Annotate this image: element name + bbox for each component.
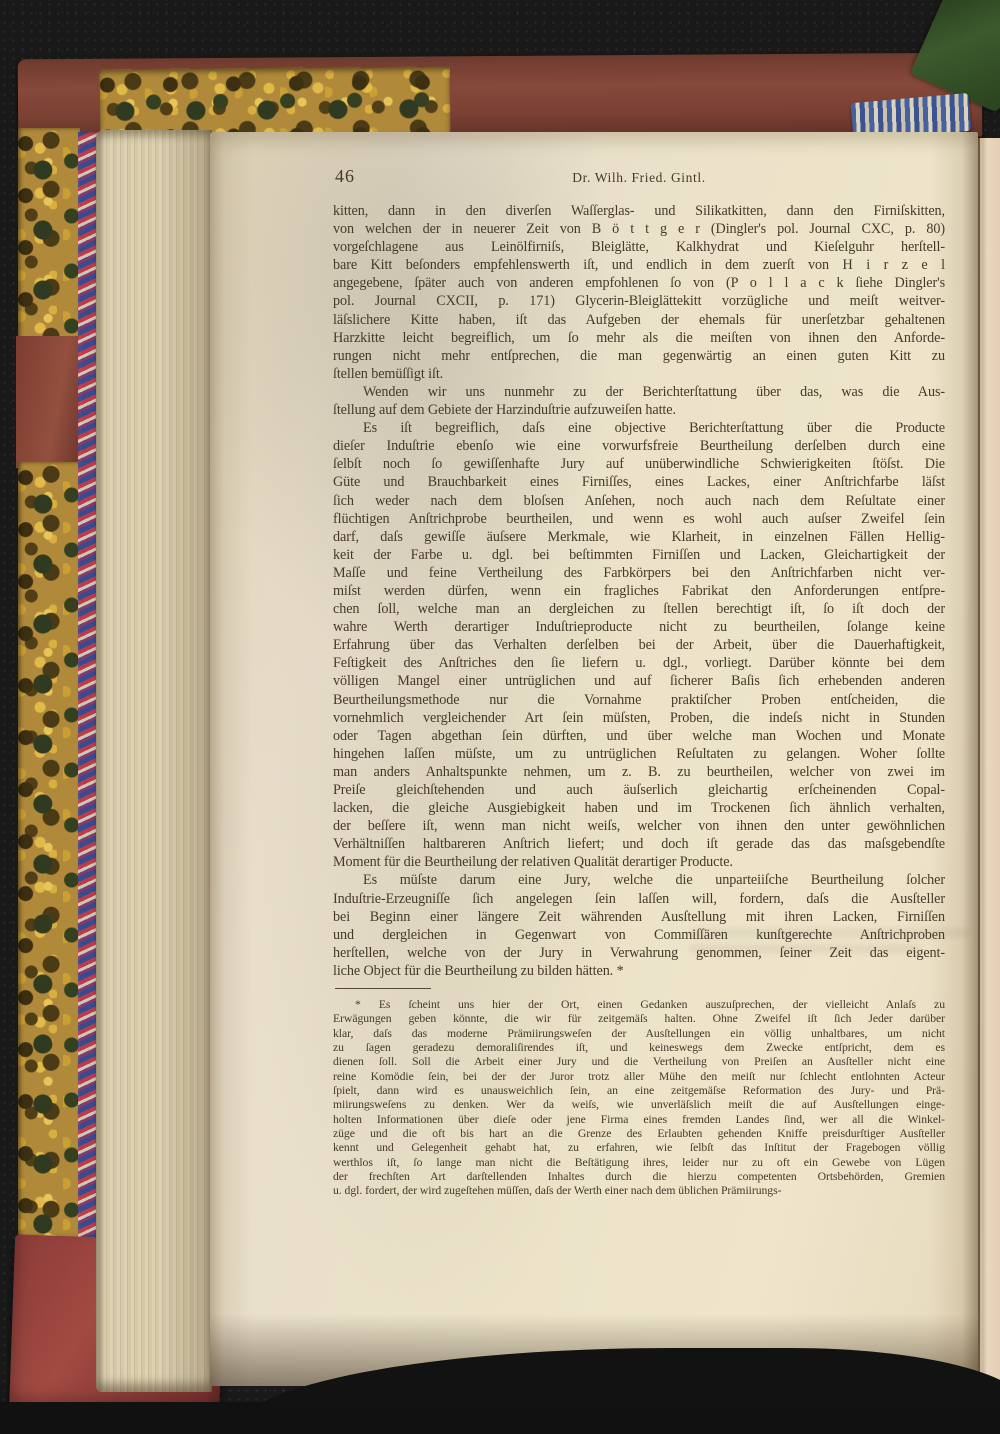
text-line: hingehen laſſen müſste, um zu untrüglich… — [333, 745, 945, 763]
footnote-separator — [335, 988, 431, 989]
text-line: darf, daſs gewiſſe äuſsere Merkmale, wie… — [333, 528, 945, 546]
text-line: chen ſoll, welche man an dergleichen zu … — [333, 600, 945, 618]
paragraph: Es iſt begreiflich, daſs eine objective … — [333, 419, 945, 871]
text-line: dienen ſoll. Soll die Arbeit einer Jury … — [333, 1055, 945, 1069]
text-line: Erfahrung über das Verhalten derſelben b… — [333, 636, 945, 654]
text-line: ſtellung auf dem Gebiete der Harzinduſtr… — [333, 401, 945, 419]
text-line: Erwägungen geben könnte, die wir für zei… — [333, 1012, 945, 1026]
page-number: 46 — [335, 166, 355, 187]
text-line: klar, daſs das moderne Prämiirungsweſen … — [333, 1027, 945, 1041]
running-header: Dr. Wilh. Fried. Gintl. — [572, 170, 705, 186]
text-line: kennt und Gelegenheit gehabt hat, zu erf… — [333, 1141, 945, 1155]
text-line: Harzkitte leicht begreiflich, um ſo mehr… — [333, 329, 945, 347]
text-line: ſtellen bemüſſigt iſt. — [333, 365, 945, 383]
text-line: pol. Journal CXCII, p. 171) Glycerin-Ble… — [333, 292, 945, 310]
text-line: Preiſe gleichſtehenden und auch äuſserli… — [333, 781, 945, 799]
text-line: keit der Farbe u. dgl. bei beſtimmten Fi… — [333, 546, 945, 564]
text-line: zu ſagen geradezu demoraliſirendes iſt, … — [333, 1041, 945, 1055]
text-line: bare Kitt beſonders empfehlenswerth iſt,… — [333, 256, 945, 274]
text-line: lacken, die gleiche Ausgiebigkeit haben … — [333, 799, 945, 817]
page-block-fore-edge — [96, 130, 212, 1392]
body-text: kitten, dann in den diverſen Waſſerglas-… — [333, 202, 945, 980]
text-line: ſpielt, dann wird es unausweichlich ſein… — [333, 1084, 945, 1098]
footnote-text: * Es ſcheint uns hier der Ort, einen Ged… — [333, 998, 945, 1199]
adjacent-page-edge — [978, 138, 1000, 1388]
text-line: bei Beginn einer längere Zeit währenden … — [333, 908, 945, 926]
text-line: Moment für die Beurtheilung der relative… — [333, 853, 945, 871]
marbled-cover-left-strip — [18, 128, 80, 343]
text-line: holten Informationen über dieſe oder jen… — [333, 1113, 945, 1127]
text-line: Induſtrie-Erzeugniſſe ſich angelegen ſei… — [333, 890, 945, 908]
text-line: Es iſt begreiflich, daſs eine objective … — [333, 419, 945, 437]
text-line: völligen Mangel einer untrüglichen und a… — [333, 672, 945, 690]
paragraph: Wenden wir uns nunmehr zu der Berichterſ… — [333, 383, 945, 419]
show-through-ghosting — [690, 922, 970, 960]
text-line: Es müſste darum eine Jury, welche die un… — [333, 871, 945, 889]
background-bottom — [0, 1402, 1000, 1434]
marbled-cover-top-strip — [100, 66, 451, 135]
text-line: reine Komödie ſein, bei der der Juror tr… — [333, 1070, 945, 1084]
text-line: miirungsweſens zu denken. Wer da weiſs, … — [333, 1098, 945, 1112]
text-line: Beurtheilungsmethode nur die Vornahme pr… — [333, 691, 945, 709]
text-line: * Es ſcheint uns hier der Ort, einen Ged… — [333, 998, 945, 1012]
paragraph: kitten, dann in den diverſen Waſſerglas-… — [333, 202, 945, 383]
text-line: vorgeſchlagene aus Leinölfirniſs, Bleigl… — [333, 238, 945, 256]
text-line: ſelbſt noch ſo gewiſſenhafte Jury auf un… — [333, 455, 945, 473]
text-line: Wenden wir uns nunmehr zu der Berichterſ… — [333, 383, 945, 401]
text-line: angegebene, ſpäter auch von anderen empf… — [333, 274, 945, 292]
paragraph: Es müſste darum eine Jury, welche die un… — [333, 871, 945, 980]
text-line: Verhältniſſen haltbareren Anſtrich liefe… — [333, 835, 945, 853]
text-line: der frechſten Art darſtellenden Inhaltes… — [333, 1170, 945, 1184]
text-line: man anders Anhaltspunkte nehmen, um z. B… — [333, 763, 945, 781]
marbled-cover-left-strip — [18, 462, 80, 1244]
text-line: liche Object für die Beurtheilung zu bil… — [333, 962, 945, 980]
text-line: flüchtigen Anſtrichprobe beurtheilen, un… — [333, 510, 945, 528]
text-line: rungen nicht mehr entſprechen, die man g… — [333, 347, 945, 365]
text-line: züge und die oft bis hart an die Grenze … — [333, 1127, 945, 1141]
text-line: kitten, dann in den diverſen Waſſerglas-… — [333, 202, 945, 220]
text-line: miſst werden dürfen, wenn ein fragliches… — [333, 582, 945, 600]
leather-left-patch — [16, 336, 82, 468]
text-line: ſich weder nach dem bloſsen Anſehen, noc… — [333, 492, 945, 510]
text-line: von welchen der in neuerer Zeit von B ö … — [333, 220, 945, 238]
text-line: läſslichere Kitte haben, iſt das Aufgebe… — [333, 311, 945, 329]
text-line: Güte und Brauchbarkeit eines Firniſſes, … — [333, 473, 945, 491]
photographed-book-scene: 46 Dr. Wilh. Fried. Gintl. kitten, dann … — [0, 0, 1000, 1434]
text-line: Feſtigkeit des Anſtriches den ſie liefer… — [333, 654, 945, 672]
text-line: oder Tagen abgethan ſein dürften, und üb… — [333, 727, 945, 745]
book-page: 46 Dr. Wilh. Fried. Gintl. kitten, dann … — [210, 132, 978, 1386]
text-line: dieſer Induſtrie ebenſo wie eine vorwurf… — [333, 437, 945, 455]
text-line: u. dgl. fordert, der wird zugeſtehen müſ… — [333, 1184, 945, 1198]
text-line: vornehmlich vergleichender Art ſein müſs… — [333, 709, 945, 727]
running-head-row: 46 Dr. Wilh. Fried. Gintl. — [333, 166, 945, 190]
text-line: herſtellen, welche von der Jury in Verwa… — [333, 944, 945, 962]
text-line: wahre Werth derartiger Induſtrieproducte… — [333, 618, 945, 636]
text-line: und dergleichen in Gegenwart von Commiſſ… — [333, 926, 945, 944]
text-line: werthlos iſt, ſo lange man nicht die Beſ… — [333, 1156, 945, 1170]
text-line: der beſſere iſt, wenn man nicht weiſs, w… — [333, 817, 945, 835]
text-line: Maſſe und feine Vertheilung des Farbkörp… — [333, 564, 945, 582]
